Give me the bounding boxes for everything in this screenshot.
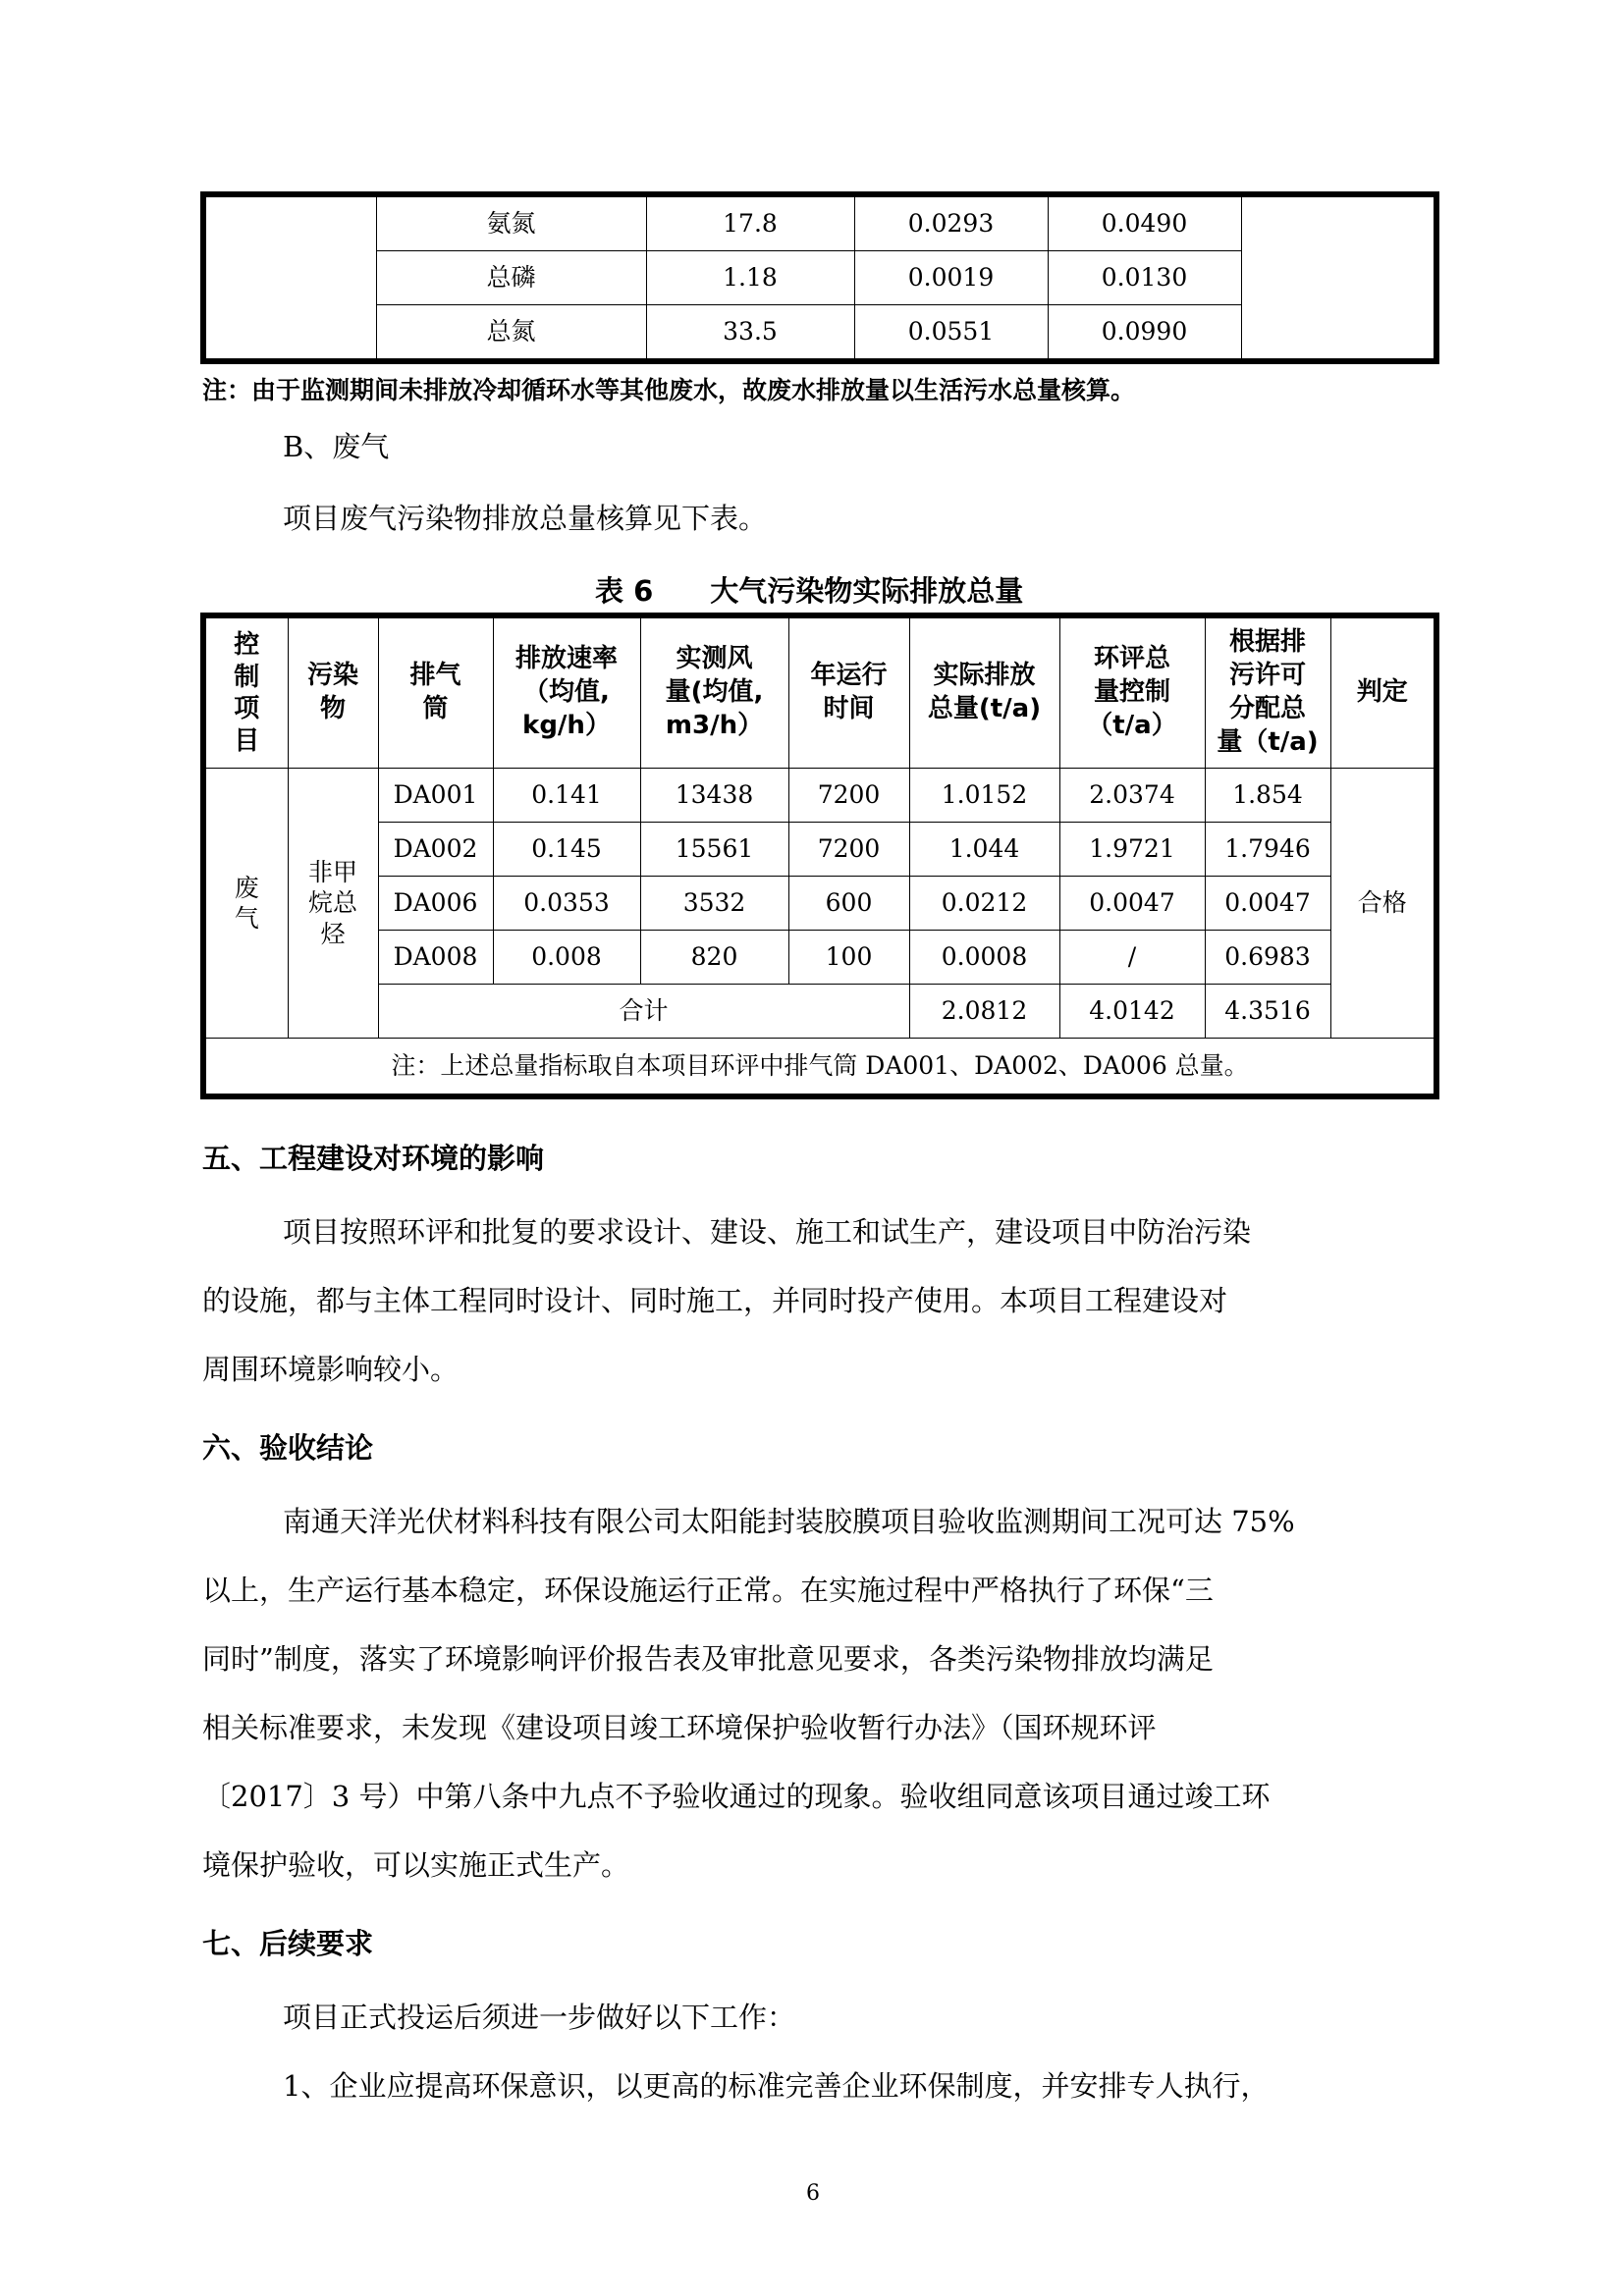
body-line: 1、企业应提高环保意识，以更高的标准完善企业环保制度，并安排专人执行， xyxy=(202,2052,1449,2120)
body-line: 周围环境影响较小。 xyxy=(202,1335,1439,1404)
total-label-cell: 合计 xyxy=(378,985,909,1039)
concentration-cell: 1.18 xyxy=(646,251,854,305)
table-row: 废气 非甲烷总烃 DA001 0.141 13438 7200 1.0152 2… xyxy=(203,769,1436,823)
table-row: 氨氮 17.8 0.0293 0.0490 xyxy=(203,194,1436,251)
runtime-cell: 600 xyxy=(788,877,909,931)
airflow-cell: 820 xyxy=(640,931,788,985)
header-control-item: 控制项目 xyxy=(203,615,288,769)
body-line: 同时”制度，落实了环境影响评价报告表及审批意见要求，各类污染物排放均满足 xyxy=(202,1625,1449,1693)
body-line: 南通天洋光伏材料科技有限公司太阳能封装胶膜项目验收监测期间工况可达 75% xyxy=(202,1487,1449,1556)
section7-body: 项目正式投运后须进一步做好以下工作： 1、企业应提高环保意识，以更高的标准完善企… xyxy=(202,1983,1449,2120)
merged-judgement-cell xyxy=(1241,194,1436,361)
water-table-note: 注：由于监测期间未排放冷却循环水等其他废水，故废水排放量以生活污水总量核算。 xyxy=(202,371,1135,406)
stack-cell: DA002 xyxy=(378,823,493,877)
table-row: DA002 0.145 15561 7200 1.044 1.9721 1.79… xyxy=(203,823,1436,877)
airflow-cell: 15561 xyxy=(640,823,788,877)
table-caption: 表 6 大气污染物实际排放总量 xyxy=(595,569,1023,610)
total-eia-cell: 4.0142 xyxy=(1059,985,1205,1039)
header-eia-control: 环评总量控制（t/a） xyxy=(1059,615,1205,769)
body-line: 的设施，都与主体工程同时设计、同时施工，并同时投产使用。本项目工程建设对 xyxy=(202,1266,1439,1335)
body-line: 〔2017〕3 号）中第八条中九点不予验收通过的现象。验收组同意该项目通过竣工环 xyxy=(202,1762,1449,1831)
eia-cell: 2.0374 xyxy=(1059,769,1205,823)
header-judgement: 判定 xyxy=(1330,615,1436,769)
air-table-note: 注：上述总量指标取自本项目环评中排气筒 DA001、DA002、DA006 总量… xyxy=(203,1039,1436,1097)
header-runtime: 年运行时间 xyxy=(788,615,909,769)
concentration-cell: 33.5 xyxy=(646,305,854,362)
header-pollutant: 污染物 xyxy=(288,615,378,769)
eia-cell: 1.9721 xyxy=(1059,823,1205,877)
section-b-intro: 项目废气污染物排放总量核算见下表。 xyxy=(283,484,767,553)
pollutant-cell: 氨氮 xyxy=(376,194,646,251)
rate-cell: 0.145 xyxy=(493,823,640,877)
table-header-row: 控制项目 污染物 排气筒 排放速率（均值,kg/h） 实测风量(均值,m3/h）… xyxy=(203,615,1436,769)
rate-cell: 0.008 xyxy=(493,931,640,985)
header-permit-total: 根据排污许可分配总量（t/a) xyxy=(1205,615,1330,769)
runtime-cell: 7200 xyxy=(788,769,909,823)
permit-cell: 0.6983 xyxy=(1205,931,1330,985)
rate-cell: 0.141 xyxy=(493,769,640,823)
actual-cell: 1.044 xyxy=(909,823,1059,877)
actual-cell: 0.0019 xyxy=(854,251,1048,305)
airflow-cell: 3532 xyxy=(640,877,788,931)
section6-heading: 六、验收结论 xyxy=(202,1426,373,1467)
body-line: 以上，生产运行基本稳定，环保设施运行正常。在实施过程中严格执行了环保“三 xyxy=(202,1556,1449,1625)
body-line: 项目正式投运后须进一步做好以下工作： xyxy=(202,1983,1449,2052)
runtime-cell: 100 xyxy=(788,931,909,985)
judgement-cell: 合格 xyxy=(1330,769,1436,1039)
actual-cell: 1.0152 xyxy=(909,769,1059,823)
section7-heading: 七、后续要求 xyxy=(202,1922,373,1962)
body-line: 项目按照环评和批复的要求设计、建设、施工和试生产，建设项目中防治污染 xyxy=(202,1198,1439,1266)
pollutant-cell: 总磷 xyxy=(376,251,646,305)
header-actual-total: 实际排放总量(t/a) xyxy=(909,615,1059,769)
section5-body: 项目按照环评和批复的要求设计、建设、施工和试生产，建设项目中防治污染 的设施，都… xyxy=(202,1198,1439,1404)
control-cell: 0.0990 xyxy=(1048,305,1241,362)
table-row: DA006 0.0353 3532 600 0.0212 0.0047 0.00… xyxy=(203,877,1436,931)
body-line: 境保护验收，可以实施正式生产。 xyxy=(202,1831,1449,1899)
runtime-cell: 7200 xyxy=(788,823,909,877)
category-cell: 废气 xyxy=(203,769,288,1039)
stack-cell: DA006 xyxy=(378,877,493,931)
stack-cell: DA001 xyxy=(378,769,493,823)
header-rate: 排放速率（均值,kg/h） xyxy=(493,615,640,769)
section-b-title: B、废气 xyxy=(283,412,389,481)
actual-cell: 0.0212 xyxy=(909,877,1059,931)
header-airflow: 实测风量(均值,m3/h） xyxy=(640,615,788,769)
actual-cell: 0.0551 xyxy=(854,305,1048,362)
table-note-row: 注：上述总量指标取自本项目环评中排气筒 DA001、DA002、DA006 总量… xyxy=(203,1039,1436,1097)
pollutant-cell: 总氮 xyxy=(376,305,646,362)
control-cell: 0.0490 xyxy=(1048,194,1241,251)
air-pollutant-table: 控制项目 污染物 排气筒 排放速率（均值,kg/h） 实测风量(均值,m3/h）… xyxy=(200,613,1439,1099)
body-line: 相关标准要求，未发现《建设项目竣工环境保护验收暂行办法》（国环规环评 xyxy=(202,1693,1449,1762)
stack-cell: DA008 xyxy=(378,931,493,985)
actual-cell: 0.0293 xyxy=(854,194,1048,251)
permit-cell: 1.854 xyxy=(1205,769,1330,823)
airflow-cell: 13438 xyxy=(640,769,788,823)
eia-cell: 0.0047 xyxy=(1059,877,1205,931)
page-number: 6 xyxy=(806,2181,820,2206)
total-actual-cell: 2.0812 xyxy=(909,985,1059,1039)
rate-cell: 0.0353 xyxy=(493,877,640,931)
section6-body: 南通天洋光伏材料科技有限公司太阳能封装胶膜项目验收监测期间工况可达 75% 以上… xyxy=(202,1487,1449,1899)
permit-cell: 0.0047 xyxy=(1205,877,1330,931)
water-pollutant-table: 氨氮 17.8 0.0293 0.0490 总磷 1.18 0.0019 0.0… xyxy=(200,191,1439,364)
section5-heading: 五、工程建设对环境的影响 xyxy=(202,1137,544,1177)
table-row: DA008 0.008 820 100 0.0008 / 0.6983 xyxy=(203,931,1436,985)
permit-cell: 1.7946 xyxy=(1205,823,1330,877)
concentration-cell: 17.8 xyxy=(646,194,854,251)
header-stack: 排气筒 xyxy=(378,615,493,769)
pollutant-cell: 非甲烷总烃 xyxy=(288,769,378,1039)
table-total-row: 合计 2.0812 4.0142 4.3516 xyxy=(203,985,1436,1039)
control-cell: 0.0130 xyxy=(1048,251,1241,305)
total-permit-cell: 4.3516 xyxy=(1205,985,1330,1039)
merged-category-cell xyxy=(203,194,376,361)
actual-cell: 0.0008 xyxy=(909,931,1059,985)
eia-cell: / xyxy=(1059,931,1205,985)
